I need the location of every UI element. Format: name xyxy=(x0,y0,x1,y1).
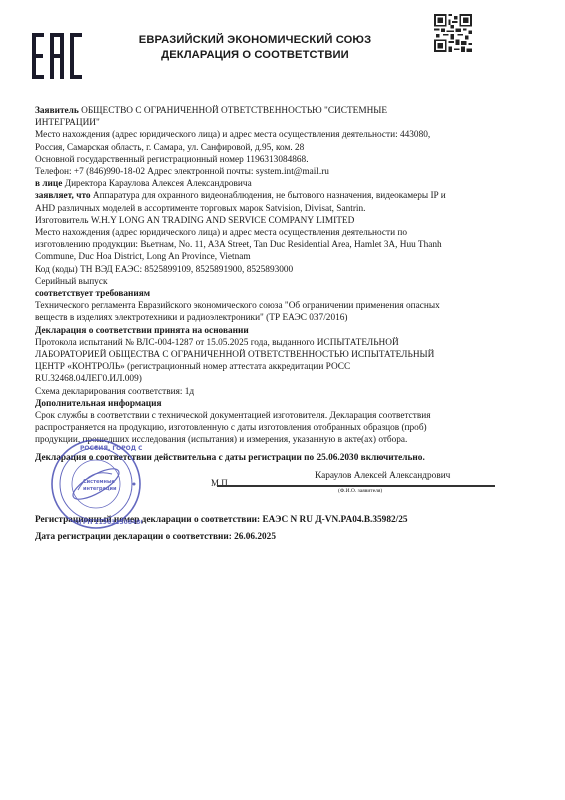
applicant-contacts: Телефон: +7 (846)990-18-02 Адрес электро… xyxy=(35,166,535,178)
svg-text:РОССИЯ, ГОРОД САМАРА: РОССИЯ, ГОРОД САМАРА xyxy=(80,445,142,452)
svg-text:Системные: Системные xyxy=(83,479,115,485)
applicant-address-1: Место нахождения (адрес юридического лиц… xyxy=(35,129,535,141)
represented-label: в лице xyxy=(35,179,62,189)
header-declaration-title: ДЕКЛАРАЦИЯ О СООТВЕТСТВИИ xyxy=(120,48,390,63)
applicant-name: ОБЩЕСТВО С ОГРАНИЧЕННОЙ ОТВЕТСТВЕННОСТЬЮ… xyxy=(79,106,387,116)
manufacturer-address-1: Место нахождения (адрес юридического лиц… xyxy=(35,227,535,239)
requirements-2: веществ в изделиях электротехники и ради… xyxy=(35,312,535,324)
document-header: ЕВРАЗИЙСКИЙ ЭКОНОМИЧЕСКИЙ СОЮЗ ДЕКЛАРАЦИ… xyxy=(120,33,390,63)
represented-line: в лице Директора Караулова Алексея Алекс… xyxy=(35,178,535,190)
additional-label: Дополнительная информация xyxy=(35,398,535,410)
applicant-line: Заявитель ОБЩЕСТВО С ОГРАНИЧЕННОЙ ОТВЕТС… xyxy=(35,105,535,117)
qr-code-icon xyxy=(434,12,472,54)
registration-date: Дата регистрации декларации о соответств… xyxy=(35,529,408,546)
additional-1: Срок службы в соответствии с технической… xyxy=(35,410,535,422)
manufacturer: Изготовитель W.H.Y LONG AN TRADING AND S… xyxy=(35,215,535,227)
additional-2: распространяется на продукцию, изготовле… xyxy=(35,422,535,434)
svg-text:ОГРН 1196313084868: ОГРН 1196313084868 xyxy=(74,519,142,526)
declaration-body: Заявитель ОБЩЕСТВО С ОГРАНИЧЕННОЙ ОТВЕТС… xyxy=(35,105,535,464)
stamp-place-label: М.П. xyxy=(211,478,230,488)
applicant-address-2: Россия, Самарская область, г. Самара, ул… xyxy=(35,142,535,154)
applicant-name-cont: ИНТЕГРАЦИИ" xyxy=(35,117,535,129)
basis-3: ЦЕНТР «КОНТРОЛЬ» (регистрационный номер … xyxy=(35,361,535,373)
signer-name: Караулов Алексей Александрович xyxy=(315,471,450,481)
declares-label: заявляет, что xyxy=(35,191,91,201)
product-description: Аппаратура для охранного видеонаблюдения… xyxy=(91,191,446,201)
header-union-title: ЕВРАЗИЙСКИЙ ЭКОНОМИЧЕСКИЙ СОЮЗ xyxy=(120,33,390,48)
hs-codes: Код (коды) ТН ВЭД ЕАЭС: 8525899109, 8525… xyxy=(35,264,535,276)
applicant-label: Заявитель xyxy=(35,106,79,116)
manufacturer-address-3: Commune, Duc Hoa District, Long An Provi… xyxy=(35,251,535,263)
basis-4: RU.32468.04ЛЕГ0.ИЛ.009) xyxy=(35,373,535,385)
basis-2: ЛАБОРАТОРИЕЙ ОБЩЕСТВА С ОГРАНИЧЕННОЙ ОТВ… xyxy=(35,349,535,361)
signature-line xyxy=(217,485,495,487)
declaration-scheme: Схема декларирования соответствия: 1д xyxy=(35,386,535,398)
applicant-ogrn: Основной государственный регистрационный… xyxy=(35,154,535,166)
requirements-label: соответствует требованиям xyxy=(35,288,535,300)
product-description-cont: AHD различных моделей в ассортименте тор… xyxy=(35,203,535,215)
basis-1: Протокола испытаний № ВЛС-004-1287 от 15… xyxy=(35,337,535,349)
represented-by: Директора Караулова Алексея Александрови… xyxy=(62,179,251,189)
basis-label: Декларация о соответствии принята на осн… xyxy=(35,325,535,337)
svg-text:интеграции: интеграции xyxy=(83,486,117,492)
eac-logo xyxy=(32,33,82,79)
requirements-1: Технического регламента Евразийского эко… xyxy=(35,300,535,312)
manufacturer-address-2: изготовлению продукции: Вьетнам, No. 11,… xyxy=(35,239,535,251)
signer-caption: (Ф.И.О. заявителя) xyxy=(338,488,382,494)
company-seal-icon: РОССИЯ, ГОРОД САМАРА ОГРН 1196313084868 … xyxy=(50,438,142,530)
declares-line: заявляет, что Аппаратура для охранного в… xyxy=(35,190,535,202)
production-type: Серийный выпуск xyxy=(35,276,535,288)
